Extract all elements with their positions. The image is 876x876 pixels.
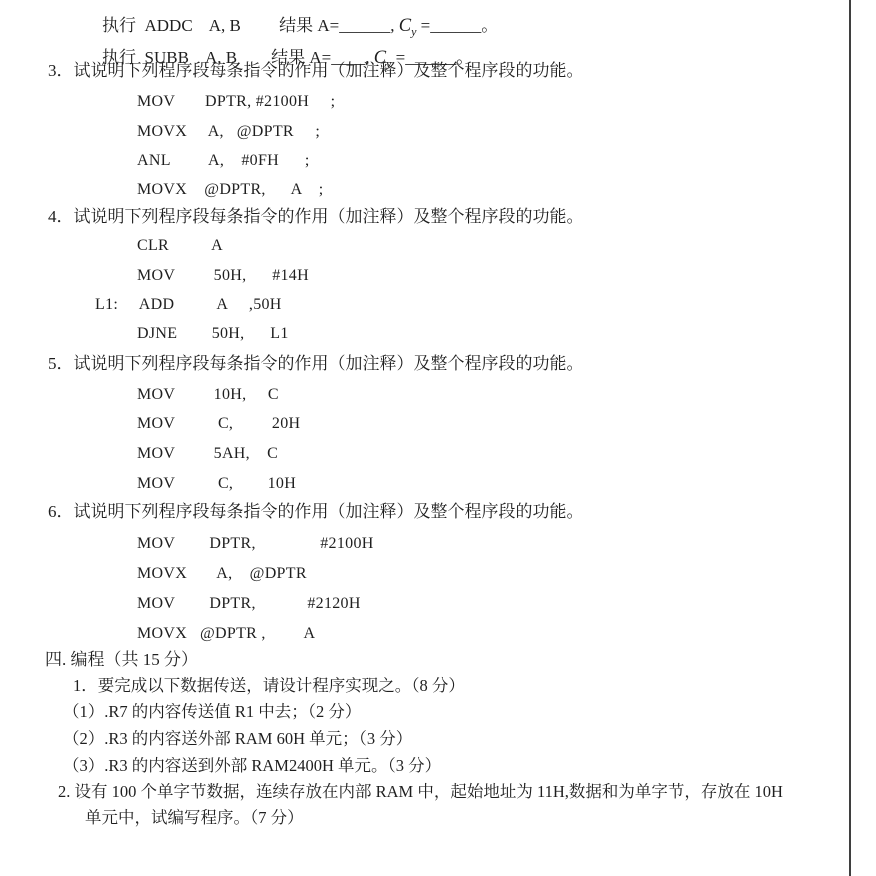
period: 。 bbox=[481, 16, 498, 35]
programming-item-1: 1．要完成以下数据传送，请设计程序实现之。（8 分） bbox=[73, 674, 465, 698]
code-line: MOVX A, @DPTR bbox=[137, 562, 307, 586]
problem-4-heading: 4．试说明下列程序段每条指令的作用（加注释）及整个程序段的功能。 bbox=[48, 205, 584, 229]
code-line: MOV DPTR, #2100H ; bbox=[137, 90, 335, 114]
problem-6-heading: 6．试说明下列程序段每条指令的作用（加注释）及整个程序段的功能。 bbox=[48, 500, 584, 524]
code-line: MOVX @DPTR, A ; bbox=[137, 178, 324, 202]
problem-5-heading: 5．试说明下列程序段每条指令的作用（加注释）及整个程序段的功能。 bbox=[48, 352, 584, 376]
right-margin-rule bbox=[849, 0, 851, 876]
exec-subb-result-line: 执行 SUBB A, B 结果 A=____, Cy =______。 bbox=[85, 22, 473, 94]
programming-subitem-3: （3）.R3 的内容送到外部 RAM2400H 单元。（3 分） bbox=[63, 754, 441, 778]
code-line: MOV DPTR, #2100H bbox=[137, 532, 374, 556]
code-line: MOV C, 10H bbox=[137, 472, 296, 496]
exam-page: 执行 ADDC A, B 结果 A=______, Cy =______。 执行… bbox=[0, 0, 876, 876]
problem-3-heading: 3．试说明下列程序段每条指令的作用（加注释）及整个程序段的功能。 bbox=[48, 59, 584, 83]
code-line: MOV 10H, C bbox=[137, 383, 279, 407]
code-line: MOV DPTR, #2120H bbox=[137, 592, 361, 616]
code-line: MOVX A, @DPTR ; bbox=[137, 120, 320, 144]
programming-item-2-line-1: 2. 设有 100 个单字节数据，连续存放在内部 RAM 中，起始地址为 11H… bbox=[58, 780, 783, 804]
section-iv-heading: 四. 编程（共 15 分） bbox=[45, 648, 198, 672]
code-line: MOV 50H, #14H bbox=[137, 264, 309, 288]
code-line: DJNE 50H, L1 bbox=[137, 322, 289, 346]
programming-subitem-2: （2）.R3 的内容送外部 RAM 60H 单元；（3 分） bbox=[63, 727, 412, 751]
code-line: CLR A bbox=[137, 234, 223, 258]
programming-subitem-1: （1）.R7 的内容传送值 R1 中去；（2 分） bbox=[63, 700, 361, 724]
code-line: MOV 5AH, C bbox=[137, 442, 278, 466]
code-line: MOV C, 20H bbox=[137, 412, 300, 436]
code-line-with-label: L1: ADD A ,50H bbox=[95, 293, 282, 317]
code-line: MOVX @DPTR , A bbox=[137, 622, 315, 646]
programming-item-2-line-2: 单元中，试编写程序。（7 分） bbox=[85, 806, 304, 830]
code-line: ANL A, #0FH ; bbox=[137, 149, 310, 173]
